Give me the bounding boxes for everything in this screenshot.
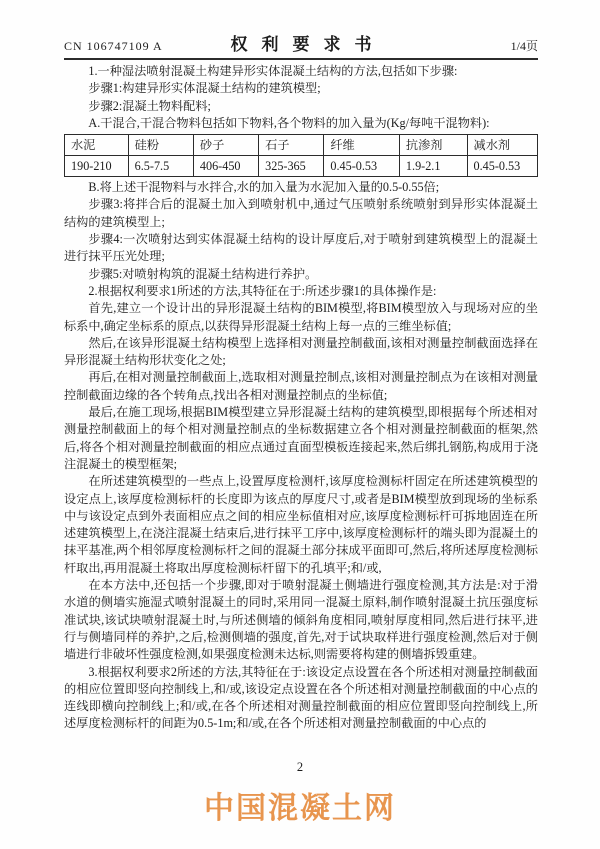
material-name-cell: 石子 bbox=[259, 135, 324, 156]
page-header: CN 106747109 A 权利要求书 1/4页 bbox=[64, 34, 538, 60]
watermark: 中国混凝土网 bbox=[0, 783, 600, 827]
claim-paragraph: 步骤5:对喷射构筑的混凝土结构进行养护。 bbox=[64, 266, 538, 283]
materials-table-header-row: 水泥硅粉砂子石子纤维抗渗剂减水剂 bbox=[65, 135, 538, 156]
claim-paragraph: 步骤1:构建异形实体混凝土结构的建筑模型; bbox=[64, 80, 538, 97]
material-amount-cell: 190-210 bbox=[65, 156, 129, 177]
claims-after-table: B.将上述干混物料与水拌合,水的加入量为水泥加入量的0.5-0.55倍;步骤3:… bbox=[64, 179, 538, 733]
claim-paragraph: 2.根据权利要求1所述的方法,其特征在于:所述步骤1的具体操作是: bbox=[64, 283, 538, 300]
claim-paragraph: 再后,在相对测量控制截面上,选取相对测量控制点,该相对测量控制点为在该相对测量控… bbox=[64, 369, 538, 404]
materials-table-value-row: 190-2106.5-7.5406-450325-3650.45-0.531.9… bbox=[65, 156, 538, 177]
material-name-cell: 硅粉 bbox=[128, 135, 193, 156]
claims-before-table: 1.一种湿法喷射混凝土构建异形实体混凝土结构的方法,包括如下步骤:步骤1:构建异… bbox=[64, 63, 538, 132]
material-amount-cell: 1.9-2.1 bbox=[399, 156, 467, 177]
material-name-cell: 水泥 bbox=[65, 135, 129, 156]
claim-paragraph: 然后,在该异形混凝土结构模型上选择相对测量控制截面,该相对测量控制截面选择在异形… bbox=[64, 335, 538, 370]
claim-paragraph: 最后,在施工现场,根据BIM模型建立异形混凝土结构的建筑模型,即根据每个所述相对… bbox=[64, 404, 538, 473]
material-name-cell: 纤维 bbox=[324, 135, 400, 156]
page-indicator: 1/4页 bbox=[511, 37, 538, 54]
material-amount-cell: 0.45-0.53 bbox=[467, 156, 537, 177]
claim-paragraph: 首先,建立一个设计出的异形混凝土结构的BIM模型,将BIM模型放入与现场对应的坐… bbox=[64, 300, 538, 335]
material-name-cell: 抗渗剂 bbox=[399, 135, 467, 156]
claim-paragraph: 步骤4:一次喷射达到实体混凝土结构的设计厚度后,对于喷射到建筑模型上的混凝土进行… bbox=[64, 231, 538, 266]
material-amount-cell: 406-450 bbox=[193, 156, 258, 177]
material-amount-cell: 325-365 bbox=[259, 156, 324, 177]
claim-paragraph: 在所述建筑模型的一些点上,设置厚度检测杆,该厚度检测标杆固定在所述建筑模型的设定… bbox=[64, 473, 538, 577]
document-title: 权利要求书 bbox=[64, 30, 538, 55]
patent-claims-page: CN 106747109 A 权利要求书 1/4页 1.一种湿法喷射混凝土构建异… bbox=[0, 0, 600, 849]
claim-paragraph: 1.一种湿法喷射混凝土构建异形实体混凝土结构的方法,包括如下步骤: bbox=[64, 63, 538, 80]
material-name-cell: 减水剂 bbox=[467, 135, 537, 156]
claim-paragraph: 步骤2:混凝土物料配料; bbox=[64, 98, 538, 115]
claim-paragraph: 在本方法中,还包括一个步骤,即对于喷射混凝土侧墙进行强度检测,其方法是:对于滑水… bbox=[64, 577, 538, 663]
material-name-cell: 砂子 bbox=[193, 135, 258, 156]
materials-table: 水泥硅粉砂子石子纤维抗渗剂减水剂 190-2106.5-7.5406-45032… bbox=[64, 134, 538, 177]
claims-content: 1.一种湿法喷射混凝土构建异形实体混凝土结构的方法,包括如下步骤:步骤1:构建异… bbox=[64, 63, 538, 733]
material-amount-cell: 6.5-7.5 bbox=[128, 156, 193, 177]
claim-paragraph: 3.根据权利要求2所述的方法,其特征在于:该设定点设置在各个所述相对测量控制截面… bbox=[64, 664, 538, 733]
material-amount-cell: 0.45-0.53 bbox=[324, 156, 400, 177]
page-number: 2 bbox=[0, 760, 600, 775]
claim-paragraph: 步骤3:将拌合后的混凝土加入到喷射机中,通过气压喷射系统喷射到异形实体混凝土结构… bbox=[64, 196, 538, 231]
claim-paragraph: B.将上述干混物料与水拌合,水的加入量为水泥加入量的0.5-0.55倍; bbox=[64, 179, 538, 196]
claim-paragraph: A.干混合,干混合物料包括如下物料,各个物料的加入量为(Kg/每吨干混物料): bbox=[64, 115, 538, 132]
